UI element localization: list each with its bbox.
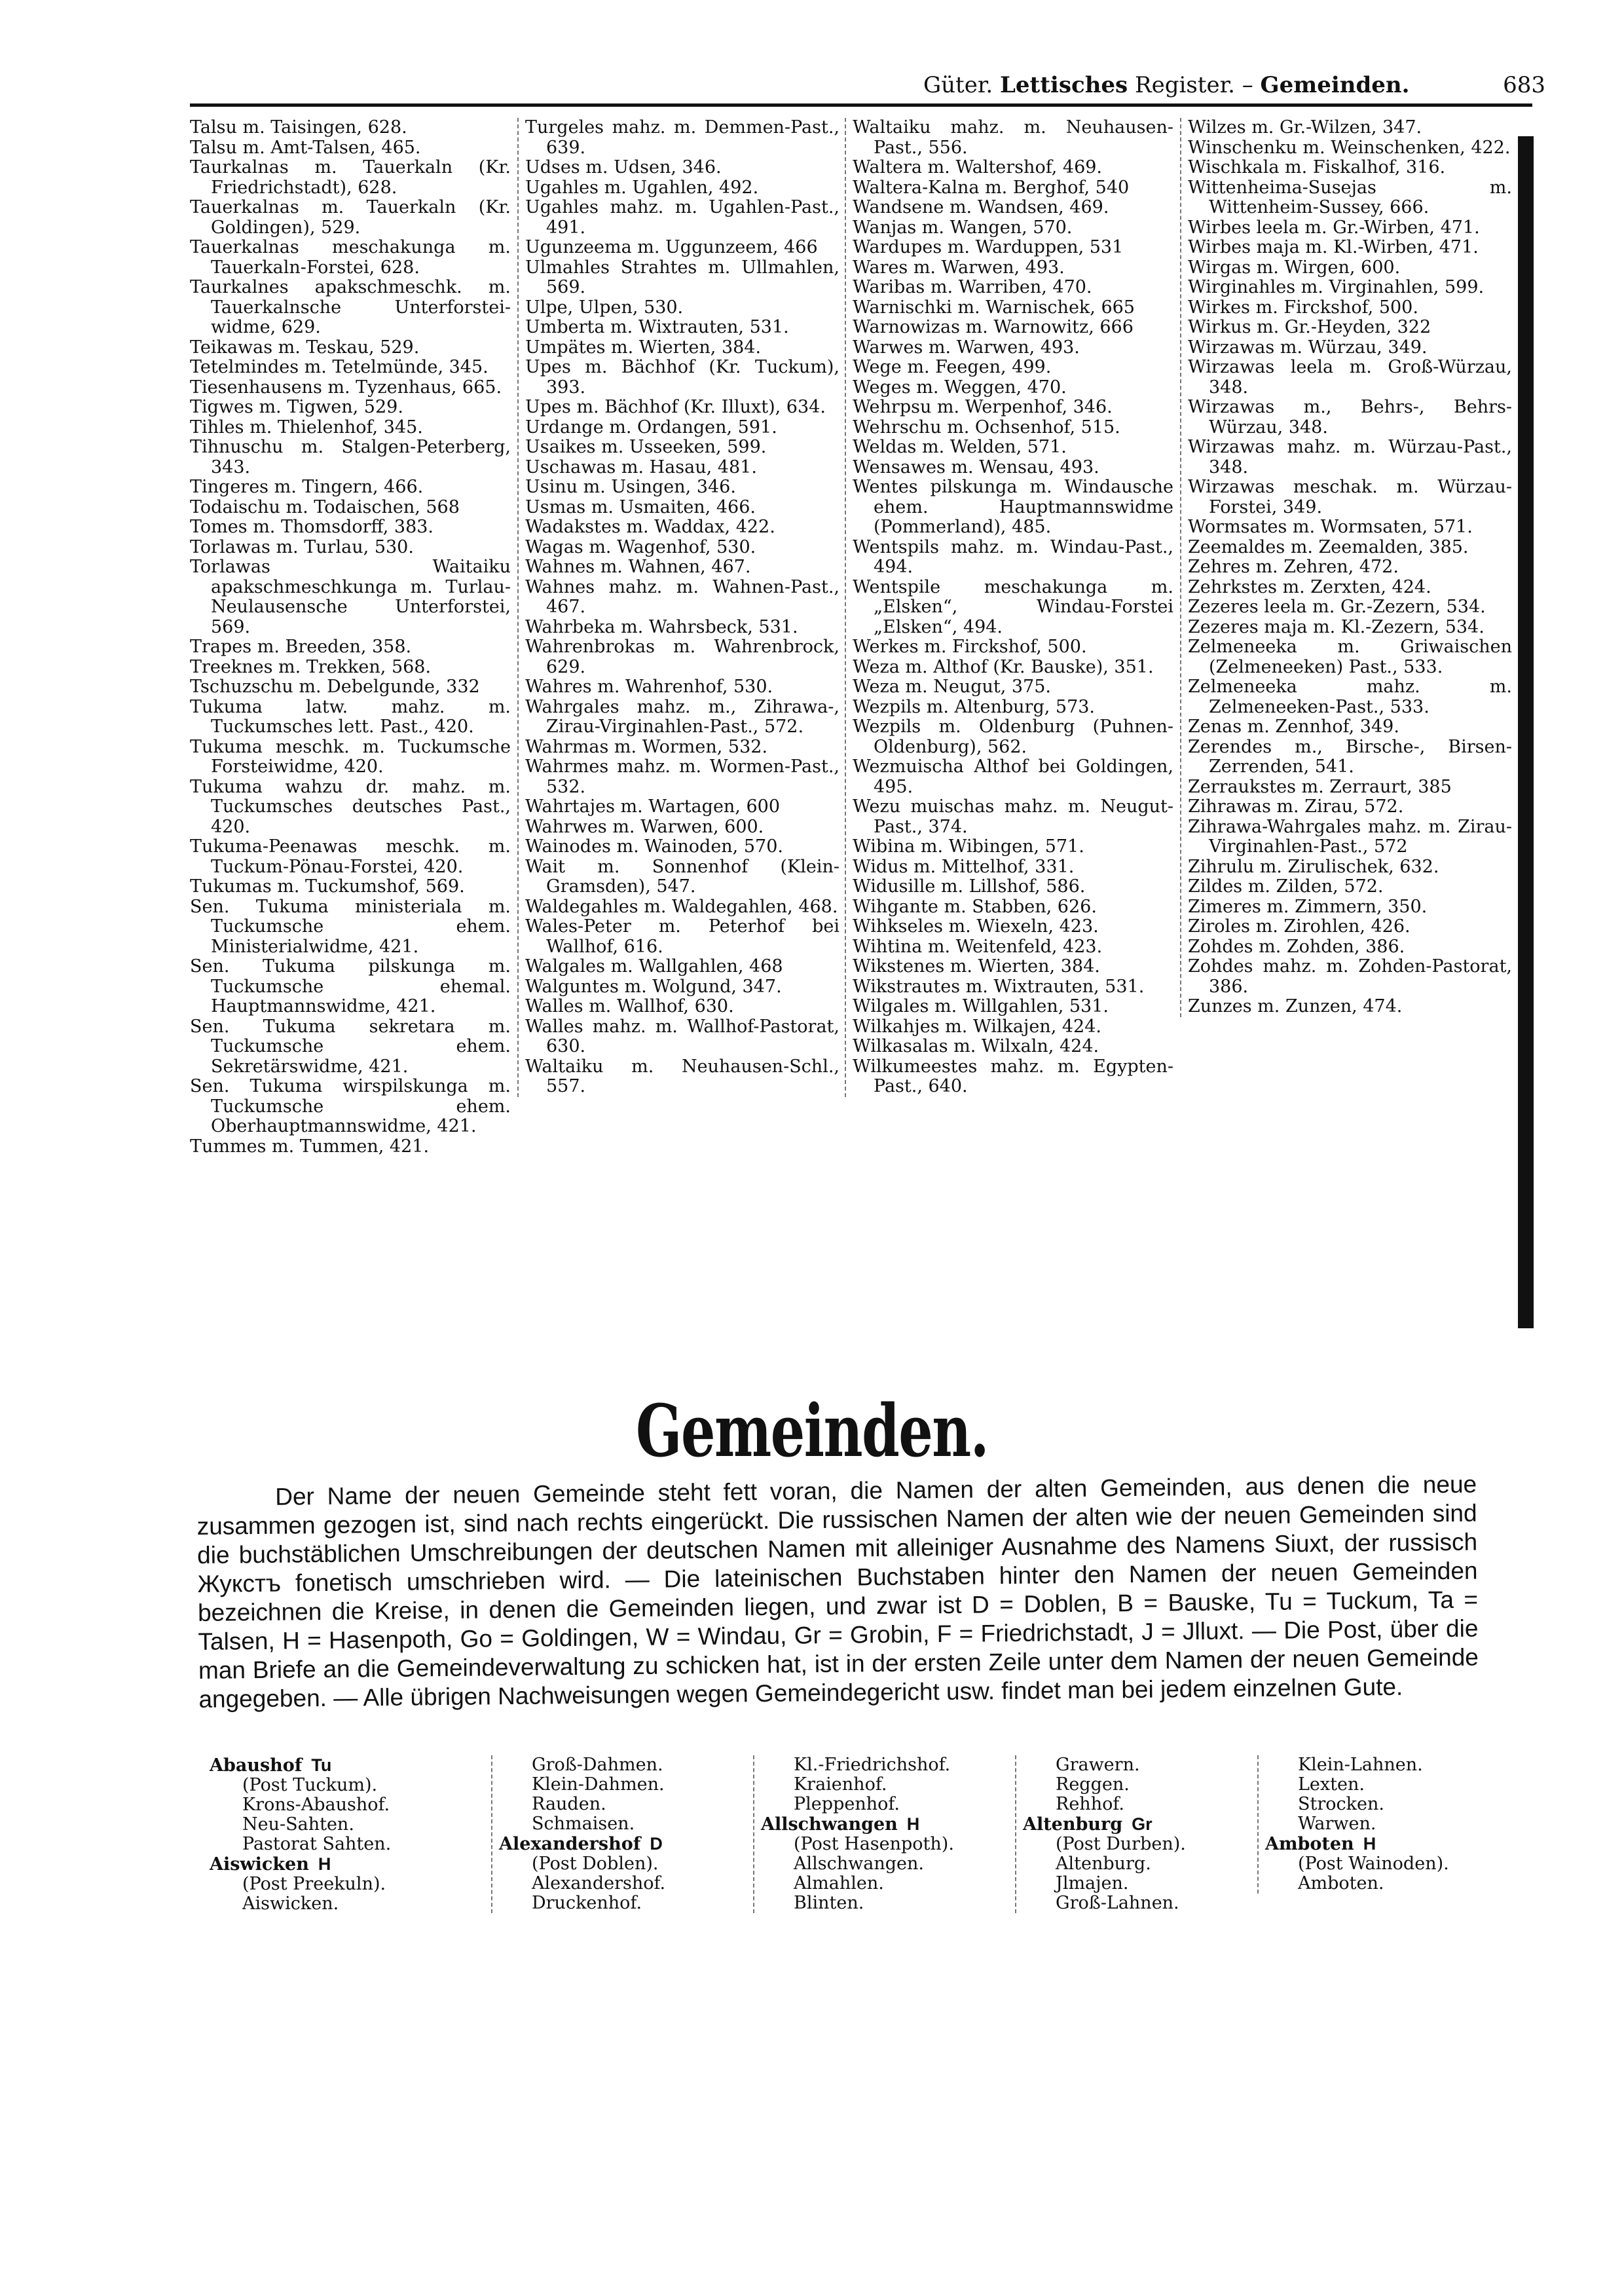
gemeinde-name: Schmaisen. <box>532 1814 635 1834</box>
next-section: Gemeinden. <box>1261 72 1410 98</box>
register-entry: Werkes m. Firckshof, 500. <box>853 637 1173 658</box>
section-title: Gemeinden. <box>203 1389 1421 1473</box>
margin-bar <box>1518 136 1534 1328</box>
register-entry: Widusille m. Lillshof, 586. <box>853 877 1173 897</box>
register-column-3: Waltaiku mahz. m. Neuhausen-Past., 556.W… <box>845 118 1173 1097</box>
register-entry: Wagas m. Wagenhof, 530. <box>525 538 840 558</box>
register-entry: Widus m. Mittelhof, 331. <box>853 857 1173 878</box>
register-entry: Wardupes m. Warduppen, 531 <box>853 238 1173 258</box>
register-rest: Register. – <box>1135 72 1253 98</box>
register-entry: Wahrgales mahz. m., Zihrawa-, Zirau-Virg… <box>525 698 840 737</box>
register-entry: Wezu muischas mahz. m. Neugut-Past., 374… <box>853 797 1173 837</box>
register-entry: Taurkalnas m. Tauerkaln (Kr. Friedrichst… <box>190 158 511 198</box>
kreis-code: Tu <box>311 1755 331 1775</box>
register-entry: Tukuma wahzu dr. mahz. m. Tuckumsches de… <box>190 777 511 838</box>
register-entry: Tauerkalnas m. Tauerkaln (Kr. Goldingen)… <box>190 198 511 238</box>
register-entry: Upes m. Bächhof (Kr. Tuckum), 393. <box>525 358 840 398</box>
gemeinde-name: Reggen. <box>1056 1774 1130 1795</box>
old-gemeinde: Reggen. <box>1023 1775 1186 1795</box>
gemeinde-name: Kl.-Friedrichshof. <box>794 1755 950 1775</box>
register-entry: Wirzawas m. Würzau, 349. <box>1188 338 1512 358</box>
register-entry: Wezmuischa Althof bei Goldingen, 495. <box>853 757 1173 797</box>
register-entry: Wares m. Warwen, 493. <box>853 258 1173 278</box>
old-gemeinde: (Post Preekuln). <box>210 1875 391 1894</box>
register-entry: Torlawas m. Turlau, 530. <box>190 538 511 558</box>
register-entry: Ugahles m. Ugahlen, 492. <box>525 178 840 198</box>
register-entry: Wormsates m. Wormsaten, 571. <box>1188 517 1512 538</box>
gemeinde-name: (Post Hasenpoth). <box>794 1834 954 1854</box>
old-gemeinde: Jlmajen. <box>1023 1874 1186 1894</box>
gemeinden-column-2: Groß-Dahmen.Klein-Dahmen.Rauden.Schmaise… <box>491 1755 665 1913</box>
section-prefix: Güter. <box>923 72 993 98</box>
kreis-code: Gr <box>1132 1814 1153 1834</box>
register-entry: Wirzawas leela m. Groß-Würzau, 348. <box>1188 358 1512 398</box>
register-entry: Wait m. Sonnenhof (Klein-Gramsden), 547. <box>525 857 840 897</box>
register-entry: Wahnes m. Wahnen, 467. <box>525 557 840 578</box>
gemeinde-name: Klein-Lahnen. <box>1298 1755 1423 1775</box>
register-entry: Wege m. Feegen, 499. <box>853 358 1173 378</box>
old-gemeinde: Allschwangen. <box>761 1854 954 1874</box>
register-entry: Wahrwes m. Warwen, 600. <box>525 817 840 838</box>
kreis-code: H <box>1363 1834 1376 1854</box>
register-entry: Wezpils m. Oldenburg (Puhnen-Oldenburg),… <box>853 717 1173 757</box>
kreis-code: H <box>907 1814 920 1834</box>
register-entry: Weges m. Weggen, 470. <box>853 378 1173 398</box>
register-entry: Wahrbeka m. Wahrsbeck, 531. <box>525 618 840 638</box>
old-gemeinde: Schmaisen. <box>499 1814 665 1834</box>
register-entry: Tigwes m. Tigwen, 529. <box>190 398 511 418</box>
register-entry: Zerraukstes m. Zerraurt, 385 <box>1188 777 1512 798</box>
register-entry: Wirbes maja m. Kl.-Wirben, 471. <box>1188 238 1512 258</box>
gemeinde-name: Rehhof. <box>1056 1794 1124 1814</box>
old-gemeinde: Klein-Lahnen. <box>1265 1755 1449 1775</box>
register-entry: Zenas m. Zennhof, 349. <box>1188 717 1512 737</box>
register-entry: Tetelmindes m. Tetelmünde, 345. <box>190 358 511 378</box>
register-entry: Wandsene m. Wandsen, 469. <box>853 198 1173 218</box>
register-entry: Tingeres m. Tingern, 466. <box>190 477 511 498</box>
register-entry: Sen. Tukuma wirspilskunga m. Tuckumsche … <box>190 1077 511 1137</box>
register-entry: Usaikes m. Ussееken, 599. <box>525 438 840 458</box>
register-entry: Waribas m. Warriben, 470. <box>853 278 1173 298</box>
register-entry: Tukuma-Peenawas meschk. m. Tuckum-Pönau-… <box>190 837 511 877</box>
register-entry: Wirzawas meschak. m. Würzau-Forstei, 349… <box>1188 477 1512 517</box>
register-entry: Upes m. Bächhof (Kr. Illuxt), 634. <box>525 398 840 418</box>
register-entry: Sen. Tukuma ministeriala m. Tuckumsche e… <box>190 897 511 958</box>
register-entry: Wirgas m. Wirgen, 600. <box>1188 258 1512 278</box>
gemeinde-name: Amboten. <box>1298 1873 1384 1894</box>
register-entry: Zihrulu m. Zirulischek, 632. <box>1188 857 1512 878</box>
register-entry: Wahnes mahz. m. Wahnen-Past., 467. <box>525 578 840 618</box>
gemeinde-name: Klein-Dahmen. <box>532 1774 665 1795</box>
register-entry: Winschenku m. Weinschenken, 422. <box>1188 138 1512 159</box>
gemeinde-name: Rauden. <box>532 1794 606 1814</box>
register-entry: Tschuzschu m. Debelgunde, 332 <box>190 677 511 698</box>
register-entry: Wadakstes m. Waddax, 422. <box>525 517 840 538</box>
register-entry: Wehrschu m. Ochsenhof, 515. <box>853 418 1173 438</box>
register-entry: Wahrmes mahz. m. Wormen-Past., 532. <box>525 757 840 797</box>
register-entry: Ulmahles Strahtes m. Ullmahlen, 569. <box>525 258 840 298</box>
register-entry: Wentspils mahz. m. Windau-Past., 494. <box>853 538 1173 578</box>
register-entry: Urdange m. Ordangen, 591. <box>525 418 840 438</box>
section-intro: Der Name der neuen Gemeinde steht fett v… <box>196 1470 1479 1714</box>
gemeinde-name: Pleppenhof. <box>794 1794 900 1814</box>
register-column-1: Talsu m. Taisingen, 628.Talsu m. Amt-Tal… <box>190 118 511 1157</box>
gemeinde-name: Krons-Abaushof. <box>242 1795 390 1815</box>
gemeinde-name: Kraienhof. <box>794 1774 887 1795</box>
register-entry: Zehres m. Zehren, 472. <box>1188 557 1512 578</box>
register-entry: Wehrpsu m. Werpenhof, 346. <box>853 398 1173 418</box>
register-entry: Torlawas Waitaiku apakschmeschkunga m. T… <box>190 557 511 637</box>
gemeinde-name: Amboten <box>1265 1834 1354 1854</box>
old-gemeinde: Neu-Sahten. <box>210 1815 391 1835</box>
new-gemeinde: AltenburgGr <box>1023 1814 1186 1835</box>
register-entry: Turgeles mahz. m. Demmen-Past., 639. <box>525 118 840 158</box>
register-entry: Wischkala m. Fiskalhof, 316. <box>1188 158 1512 178</box>
register-entry: Zildes m. Zilden, 572. <box>1188 877 1512 897</box>
gemeinde-name: (Post Wainoden). <box>1298 1854 1449 1874</box>
register-entry: Usmas m. Usmaiten, 466. <box>525 498 840 518</box>
register-entry: Zimeres m. Zimmern, 350. <box>1188 897 1512 918</box>
gemeinde-name: Almahlen. <box>794 1873 884 1894</box>
register-entry: Waltaiku mahz. m. Neuhausen-Past., 556. <box>853 118 1173 158</box>
old-gemeinde: Alexandershof. <box>499 1874 665 1894</box>
old-gemeinde: Lexten. <box>1265 1775 1449 1795</box>
old-gemeinde: Klein-Dahmen. <box>499 1775 665 1795</box>
register-entry: Zihrawas m. Zirau, 572. <box>1188 797 1512 817</box>
register-entry: Ziroles m. Zirohlen, 426. <box>1188 917 1512 937</box>
gemeinde-name: (Post Doblen). <box>532 1854 658 1874</box>
register-entry: Wirzawas m., Behrs-, Behrs-Würzau, 348. <box>1188 398 1512 438</box>
old-gemeinde: Strocken. <box>1265 1795 1449 1814</box>
gemeinde-name: Alexandershof. <box>532 1873 665 1894</box>
register-column-2: Turgeles mahz. m. Demmen-Past., 639.Udse… <box>517 118 840 1097</box>
gemeinde-name: Druckenhof. <box>532 1893 642 1913</box>
new-gemeinde: AbaushofTu <box>210 1755 391 1776</box>
old-gemeinde: (Post Hasenpoth). <box>761 1835 954 1854</box>
register-entry: Waltaiku m. Neuhausen-Schl., 557. <box>525 1057 840 1097</box>
old-gemeinde: Rehhof. <box>1023 1795 1186 1814</box>
gemeinde-name: Abaushof <box>210 1755 302 1776</box>
register-entry: Umpätes m. Wierten, 384. <box>525 338 840 358</box>
old-gemeinde: Blinten. <box>761 1894 954 1913</box>
kreis-code: H <box>318 1854 331 1874</box>
register-entry: Talsu m. Taisingen, 628. <box>190 118 511 138</box>
page-number: 683 <box>1503 72 1545 98</box>
kreis-code: D <box>650 1834 663 1854</box>
register-entry: Weza m. Neugut, 375. <box>853 677 1173 698</box>
old-gemeinde: Kraienhof. <box>761 1775 954 1795</box>
register-entry: Wirbes leela m. Gr.-Wirben, 471. <box>1188 218 1512 238</box>
register-entry: Zohdes m. Zohden, 386. <box>1188 937 1512 958</box>
register-entry: Wihgante m. Stabben, 626. <box>853 897 1173 918</box>
register-entry: Udses m. Udsen, 346. <box>525 158 840 178</box>
new-gemeinde: AllschwangenH <box>761 1814 954 1835</box>
register-entry: Zerendes m., Birsche-, Birsen-Zerrenden,… <box>1188 737 1512 777</box>
register-entry: Tomes m. Thomsdorff, 383. <box>190 517 511 538</box>
old-gemeinde: Groß-Dahmen. <box>499 1755 665 1775</box>
old-gemeinde: Aiswicken. <box>210 1894 391 1914</box>
gemeinde-name: Alexandershof <box>499 1834 640 1854</box>
old-gemeinde: Amboten. <box>1265 1874 1449 1894</box>
register-column-4: Wilzes m. Gr.-Wilzen, 347.Winschenku m. … <box>1180 118 1512 1017</box>
register-entry: Sen. Tukuma sekretara m. Tuckumsche ehem… <box>190 1017 511 1077</box>
register-entry: Sen. Tukuma pilskunga m. Tuckumsche ehem… <box>190 957 511 1017</box>
gemeinden-column-3: Kl.-Friedrichshof.Kraienhof.Pleppenhof.A… <box>753 1755 954 1913</box>
register-entry: Uschawas m. Hasau, 481. <box>525 458 840 478</box>
register-entry: Weza m. Althof (Kr. Bauske), 351. <box>853 658 1173 678</box>
old-gemeinde: (Post Tuckum). <box>210 1776 391 1795</box>
register-entry: Zeemaldes m. Zeemalden, 385. <box>1188 538 1512 558</box>
old-gemeinde: Pastorat Sahten. <box>210 1835 391 1854</box>
register-entry: Walles mahz. m. Wallhof-Pastorat, 630. <box>525 1017 840 1057</box>
register-entry: Wihkseles m. Wiexeln, 423. <box>853 917 1173 937</box>
register-entry: Tauerkalnas meschakunga m. Tauerkaln-For… <box>190 238 511 278</box>
gemeinde-name: Altenburg <box>1023 1814 1122 1835</box>
old-gemeinde: Warwen. <box>1265 1814 1449 1834</box>
register-entry: Tukuma latw. mahz. m. Tuckumsches lett. … <box>190 698 511 737</box>
register-entry: Wilzes m. Gr.-Wilzen, 347. <box>1188 118 1512 138</box>
register-entry: Wilgales m. Willgahlen, 531. <box>853 997 1173 1017</box>
gemeinden-list: AbaushofTu(Post Tuckum).Krons-Abaushof.N… <box>210 1755 1519 1952</box>
register-entry: Zohdes mahz. m. Zohden-Pastorat, 386. <box>1188 957 1512 997</box>
gemeinde-name: Lexten. <box>1298 1774 1365 1795</box>
register-entry: Waltera m. Waltershof, 469. <box>853 158 1173 178</box>
register-entry: Wittenheima-Susejas m. Wittenheim-Sussey… <box>1188 178 1512 218</box>
register-entry: Wahrenbrokas m. Wahrenbrock, 629. <box>525 637 840 677</box>
register-entry: Wikstrautes m. Wixtrauten, 531. <box>853 977 1173 998</box>
register-entry: Wihtina m. Weitenfeld, 423. <box>853 937 1173 958</box>
register-entry: Umberta m. Wixtrauten, 531. <box>525 318 840 338</box>
gemeinde-name: Allschwangen. <box>794 1854 924 1874</box>
register-entry: Ulpe, Ulpen, 530. <box>525 298 840 318</box>
gemeinde-name: Pastorat Sahten. <box>242 1834 391 1854</box>
register-entry: Waldegahles m. Waldegahlen, 468. <box>525 897 840 918</box>
register-entry: Wirkus m. Gr.-Heyden, 322 <box>1188 318 1512 338</box>
register-entry: Wilkahjes m. Wilkajen, 424. <box>853 1017 1173 1037</box>
register-entry: Warnowizas m. Warnowitz, 666 <box>853 318 1173 338</box>
old-gemeinde: Altenburg. <box>1023 1854 1186 1874</box>
register-entry: Wirkes m. Firckshof, 500. <box>1188 298 1512 318</box>
register-entry: Wibina m. Wibingen, 571. <box>853 837 1173 857</box>
new-gemeinde: AlexandershofD <box>499 1834 665 1854</box>
gemeinden-column-1: AbaushofTu(Post Tuckum).Krons-Abaushof.N… <box>210 1755 391 1914</box>
register-entry: Ugunzeema m. Uggunzeem, 466 <box>525 238 840 258</box>
register-entry: Zehrkstes m. Zerxten, 424. <box>1188 578 1512 598</box>
register-entry: Warnischki m. Warnischek, 665 <box>853 298 1173 318</box>
gemeinde-name: Altenburg. <box>1056 1854 1151 1874</box>
register-entry: Wensawes m. Wensau, 493. <box>853 458 1173 478</box>
header-rule <box>190 103 1532 107</box>
register-entry: Taurkalnes apakschmeschk. m. Tauerkalnsc… <box>190 278 511 338</box>
register-entry: Wahrtajes m. Wartagen, 600 <box>525 797 840 817</box>
register-entry: Tiesenhausens m. Tyzenhaus, 665. <box>190 378 511 398</box>
register-entry: Warwes m. Warwen, 493. <box>853 338 1173 358</box>
register-entry: Weldas m. Welden, 571. <box>853 438 1173 458</box>
register-entry: Tummes m. Tummen, 421. <box>190 1137 511 1157</box>
register-title: Lettisches <box>1000 72 1128 98</box>
gemeinde-name: (Post Tuckum). <box>242 1775 377 1795</box>
lettisches-register: Talsu m. Taisingen, 628.Talsu m. Amt-Tal… <box>190 118 1519 1356</box>
gemeinde-name: Blinten. <box>794 1893 864 1913</box>
old-gemeinde: Pleppenhof. <box>761 1795 954 1814</box>
register-entry: Zelmeneeka mahz. m. Zelmeneeken-Past., 5… <box>1188 677 1512 717</box>
register-entry: Teikawas m. Teskau, 529. <box>190 338 511 358</box>
register-entry: Usinu m. Usingen, 346. <box>525 477 840 498</box>
register-entry: Tihles m. Thielenhof, 345. <box>190 418 511 438</box>
register-entry: Walguntes m. Wolgund, 347. <box>525 977 840 998</box>
register-entry: Ugahles mahz. m. Ugahlen-Past., 491. <box>525 198 840 238</box>
register-entry: Todaischu m. Todaischen, 568 <box>190 498 511 518</box>
register-entry: Wahres m. Wahrenhof, 530. <box>525 677 840 698</box>
old-gemeinde: Krons-Abaushof. <box>210 1795 391 1815</box>
gemeinde-name: Warwen. <box>1298 1814 1376 1834</box>
register-entry: Wales-Peter m. Peterhof bei Wallhof, 616… <box>525 917 840 957</box>
register-entry: Wilkasalas m. Wilxaln, 424. <box>853 1037 1173 1057</box>
gemeinde-name: Groß-Lahnen. <box>1056 1893 1179 1913</box>
register-entry: Walgales m. Wallgahlen, 468 <box>525 957 840 977</box>
gemeinde-name: Jlmajen. <box>1056 1873 1128 1894</box>
register-entry: Wirzawas mahz. m. Würzau-Past., 348. <box>1188 438 1512 477</box>
gemeinde-name: (Post Preekuln). <box>242 1874 386 1894</box>
gemeinde-name: Strocken. <box>1298 1794 1384 1814</box>
register-entry: Waltera-Kalna m. Berghof, 540 <box>853 178 1173 198</box>
running-head-title: Güter. Lettisches Register. – Gemeinden. <box>923 72 1409 98</box>
register-entry: Wanjas m. Wangen, 570. <box>853 218 1173 238</box>
register-entry: Trapes m. Breeden, 358. <box>190 637 511 658</box>
old-gemeinde: Druckenhof. <box>499 1894 665 1913</box>
register-entry: Tukuma meschk. m. Tuckumsche Forsteiwidm… <box>190 737 511 777</box>
gemeinde-name: Groß-Dahmen. <box>532 1755 663 1775</box>
old-gemeinde: Groß-Lahnen. <box>1023 1894 1186 1913</box>
register-entry: Wezpils m. Altenburg, 573. <box>853 698 1173 718</box>
old-gemeinde: Grawern. <box>1023 1755 1186 1775</box>
old-gemeinde: Rauden. <box>499 1795 665 1814</box>
old-gemeinde: (Post Durben). <box>1023 1835 1186 1854</box>
old-gemeinde: (Post Wainoden). <box>1265 1854 1449 1874</box>
gemeinde-name: Neu-Sahten. <box>242 1814 354 1835</box>
register-entry: Wainodes m. Wainoden, 570. <box>525 837 840 857</box>
register-entry: Zezeres leela m. Gr.-Zezern, 534. <box>1188 597 1512 618</box>
old-gemeinde: (Post Doblen). <box>499 1854 665 1874</box>
gemeinde-name: Aiswicken. <box>242 1894 339 1914</box>
register-entry: Wentspile meschakunga m. „Elsken“, Winda… <box>853 578 1173 638</box>
old-gemeinde: Kl.-Friedrichshof. <box>761 1755 954 1775</box>
register-entry: Tukumas m. Tuckumshof, 569. <box>190 877 511 897</box>
register-entry: Wikstenes m. Wierten, 384. <box>853 957 1173 977</box>
gemeinde-name: (Post Durben). <box>1056 1834 1186 1854</box>
new-gemeinde: AiswickenH <box>210 1854 391 1875</box>
register-entry: Walles m. Wallhof, 630. <box>525 997 840 1017</box>
new-gemeinde: AmbotenH <box>1265 1834 1449 1854</box>
register-entry: Zelmeneeka m. Griwaischen (Zelmeneeken) … <box>1188 637 1512 677</box>
register-entry: Zunzes m. Zunzen, 474. <box>1188 997 1512 1017</box>
register-entry: Zezeres maja m. Kl.-Zezern, 534. <box>1188 618 1512 638</box>
gemeinden-column-5: Klein-Lahnen.Lexten.Strocken.Warwen.Ambo… <box>1257 1755 1449 1894</box>
register-entry: Wahrmas m. Wormen, 532. <box>525 737 840 758</box>
gemeinden-column-4: Grawern.Reggen.Rehhof.AltenburgGr(Post D… <box>1015 1755 1186 1913</box>
gemeinde-name: Allschwangen <box>761 1814 898 1835</box>
register-entry: Zihrawa-Wahrgales mahz. m. Zirau-Virgina… <box>1188 817 1512 857</box>
gemeinde-name: Grawern. <box>1056 1755 1140 1775</box>
register-entry: Tihnuschu m. Stalgen-Peterberg, 343. <box>190 438 511 477</box>
register-entry: Wirginahles m. Virginahlen, 599. <box>1188 278 1512 298</box>
register-entry: Wilkumeestes mahz. m. Egypten-Past., 640… <box>853 1057 1173 1097</box>
register-entry: Wentes pilskunga m. Windausche ehem. Hau… <box>853 477 1173 538</box>
register-entry: Treeknes m. Trekken, 568. <box>190 658 511 678</box>
old-gemeinde: Almahlen. <box>761 1874 954 1894</box>
register-entry: Talsu m. Amt-Talsen, 465. <box>190 138 511 159</box>
gemeinde-name: Aiswicken <box>210 1854 309 1875</box>
